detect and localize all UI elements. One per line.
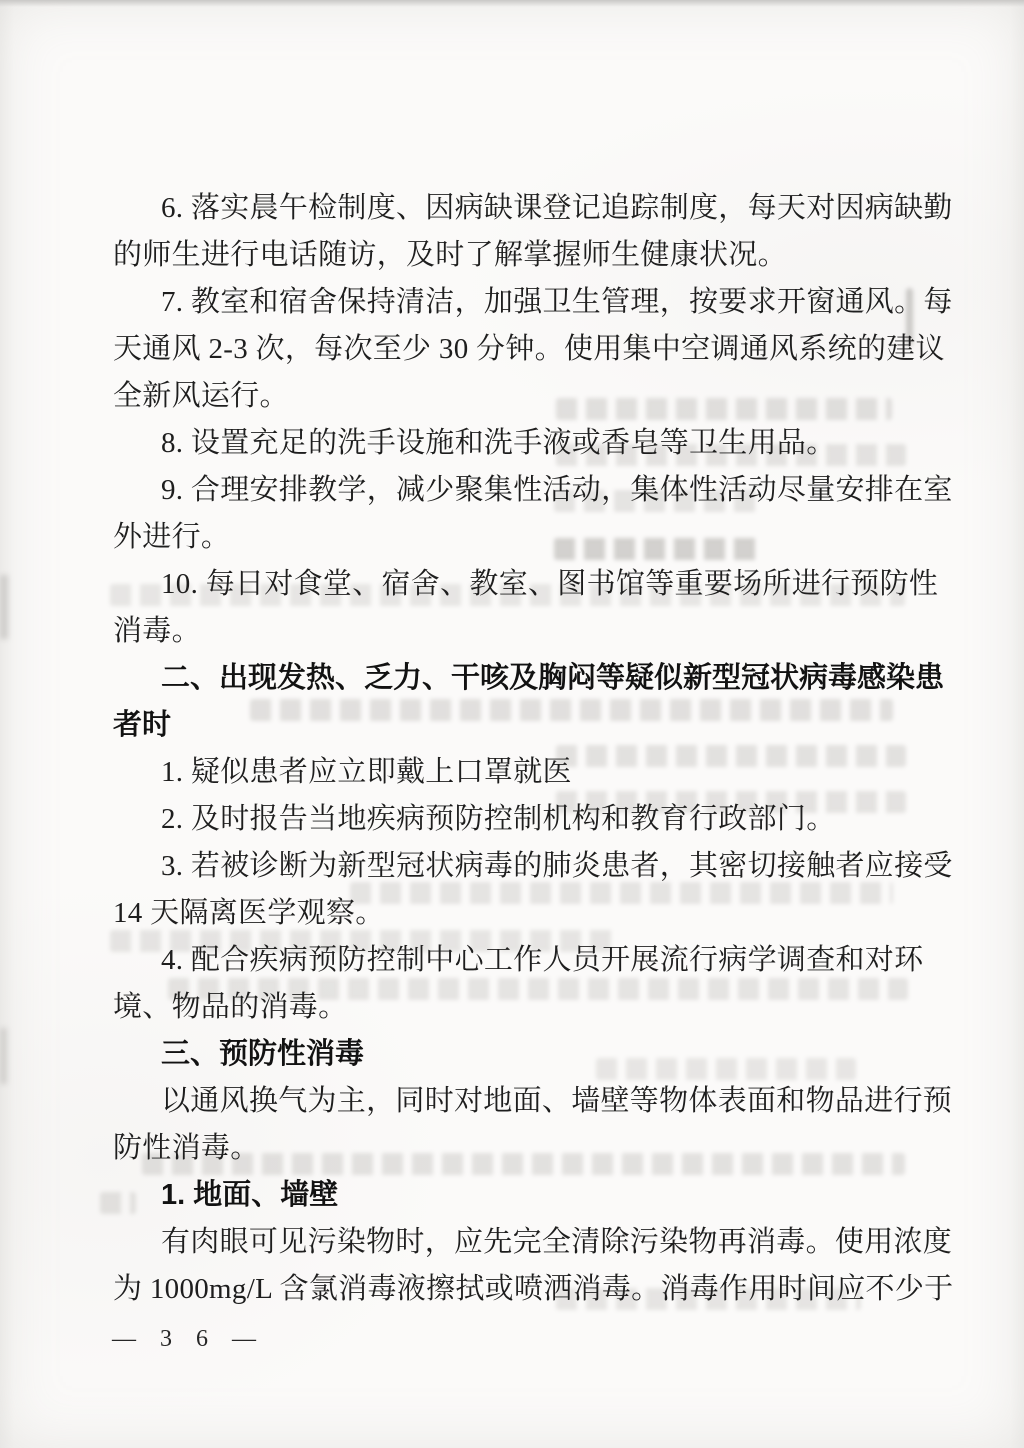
- text-line: 4. 配合疾病预防控制中心工作人员开展流行病学调查和对环: [113, 937, 884, 984]
- scan-edge-smudge: [0, 575, 8, 639]
- text-line: 为 1000mg/L 含氯消毒液擦拭或喷洒消毒。消毒作用时间应不少于: [113, 1266, 884, 1313]
- scan-edge-smudge: [0, 1028, 7, 1084]
- text-line: 防性消毒。: [113, 1125, 884, 1172]
- text-line: 14 天隔离医学观察。: [113, 890, 884, 937]
- text-line: 1. 疑似患者应立即戴上口罩就医: [113, 749, 884, 796]
- text-line: 天通风 2-3 次，每次至少 30 分钟。使用集中空调通风系统的建议: [113, 326, 884, 373]
- text-line: 消毒。: [113, 608, 884, 655]
- text-line: 8. 设置充足的洗手设施和洗手液或香皂等卫生用品。: [113, 420, 884, 467]
- subsection-heading: 1. 地面、墙壁: [113, 1172, 884, 1219]
- text-line: 6. 落实晨午检制度、因病缺课登记追踪制度，每天对因病缺勤: [113, 185, 884, 232]
- text-line: 外进行。: [113, 514, 884, 561]
- document-body: 6. 落实晨午检制度、因病缺课登记追踪制度，每天对因病缺勤 的师生进行电话随访，…: [113, 185, 884, 1313]
- text-line: 以通风换气为主，同时对地面、墙壁等物体表面和物品进行预: [113, 1078, 884, 1125]
- text-line: 境、物品的消毒。: [113, 984, 884, 1031]
- section-heading: 三、预防性消毒: [113, 1031, 884, 1078]
- text-line: 2. 及时报告当地疾病预防控制机构和教育行政部门。: [113, 796, 884, 843]
- scan-edge-shadow-top: [0, 0, 1024, 7]
- text-line: 的师生进行电话随访，及时了解掌握师生健康状况。: [113, 232, 884, 279]
- text-line: 3. 若被诊断为新型冠状病毒的肺炎患者，其密切接触者应接受: [113, 843, 884, 890]
- section-heading: 者时: [113, 702, 884, 749]
- text-line: 7. 教室和宿舍保持清洁，加强卫生管理，按要求开窗通风。每: [113, 279, 884, 326]
- page-number: — 3 6 —: [112, 1326, 265, 1353]
- text-line: 全新风运行。: [113, 373, 884, 420]
- text-line: 9. 合理安排教学，减少聚集性活动，集体性活动尽量安排在室: [113, 467, 884, 514]
- scanned-document-page: 6. 落实晨午检制度、因病缺课登记追踪制度，每天对因病缺勤 的师生进行电话随访，…: [0, 0, 1024, 1448]
- section-heading: 二、出现发热、乏力、干咳及胸闷等疑似新型冠状病毒感染患: [113, 655, 884, 702]
- text-line: 有肉眼可见污染物时，应先完全清除污染物再消毒。使用浓度: [113, 1219, 884, 1266]
- text-line: 10. 每日对食堂、宿舍、教室、图书馆等重要场所进行预防性: [113, 561, 884, 608]
